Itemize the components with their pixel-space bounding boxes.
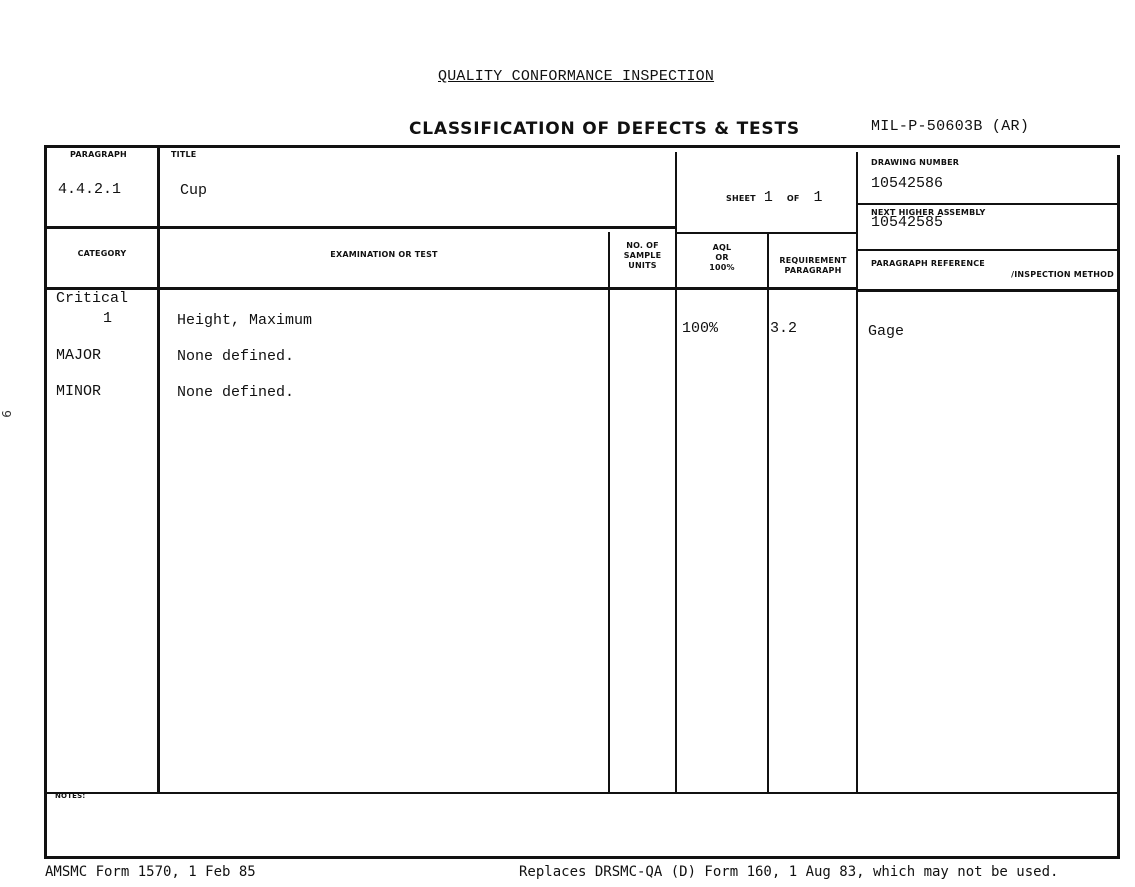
divider-reference-header [857,289,1119,292]
col-header-requirement: REQUIREMENT PARAGRAPH [769,256,857,276]
sheet-label: SHEET [726,194,756,203]
col-header-examination: EXAMINATION OR TEST [160,250,608,259]
form-border-bottom [45,856,1120,859]
form-border-right [1117,155,1120,859]
divider-col-requirement [767,232,769,793]
row-category: MINOR [56,383,101,400]
col-header-reference-line1: PARAGRAPH REFERENCE [871,258,1114,269]
row-method: Gage [868,323,904,340]
next-higher-assembly-value: 10542585 [871,214,943,231]
col-header-aql: AQL OR 100% [677,243,767,273]
sheet-indicator: SHEET 1 OF 1 [726,189,823,206]
divider-col-sample [608,232,610,793]
divider-header-row [45,226,677,229]
col-header-aql-line3: 100% [677,263,767,273]
divider-next-assembly [857,249,1119,251]
row-aql: 100% [682,320,718,337]
col-header-reference-line2: /INSPECTION METHOD [871,269,1114,280]
col-header-category: CATEGORY [47,249,157,258]
col-header-aql-line2: OR [677,253,767,263]
drawing-number-label: DRAWING NUMBER [871,158,959,167]
col-header-sample-line3: UNITS [610,261,675,271]
col-header-reference: PARAGRAPH REFERENCE /INSPECTION METHOD [871,258,1114,280]
title-value: Cup [180,182,207,199]
row-category: Critical [56,290,128,307]
form-replacement-note: Replaces DRSMC-QA (D) Form 160, 1 Aug 83… [519,864,1058,880]
drawing-number-value: 10542586 [871,175,943,192]
divider-notes [45,792,1120,794]
row-category: MAJOR [56,347,101,364]
col-header-sample-units: NO. OF SAMPLE UNITS [610,241,675,271]
row-category-number: 1 [103,310,112,327]
document-subheading: CLASSIFICATION OF DEFECTS & TESTS [409,119,800,139]
margin-mark: 9 [0,410,13,418]
spec-number: MIL-P-50603B (AR) [871,118,1029,135]
sheet-of-label: OF [787,194,800,203]
col-header-requirement-line2: PARAGRAPH [769,266,857,276]
form-border-top [45,145,1120,148]
row-examination: None defined. [177,348,294,365]
col-header-sample-line2: SAMPLE [610,251,675,261]
col-header-requirement-line1: REQUIREMENT [769,256,857,266]
row-examination: Height, Maximum [177,312,312,329]
col-header-aql-line1: AQL [677,243,767,253]
sheet-total: 1 [814,189,823,206]
divider-column-headers [45,287,858,290]
title-label: TITLE [171,150,196,159]
row-examination: None defined. [177,384,294,401]
notes-label: NOTES: [55,792,85,800]
sheet-number: 1 [764,189,773,206]
divider-drawing-number [857,203,1119,205]
divider-col-category [157,145,160,793]
col-header-sample-line1: NO. OF [610,241,675,251]
form-identifier: AMSMC Form 1570, 1 Feb 85 [45,864,256,880]
divider-col-reference [856,152,858,793]
paragraph-value: 4.4.2.1 [58,181,121,198]
document-heading: QUALITY CONFORMANCE INSPECTION [438,68,714,85]
paragraph-label: PARAGRAPH [70,150,127,159]
row-requirement: 3.2 [770,320,797,337]
